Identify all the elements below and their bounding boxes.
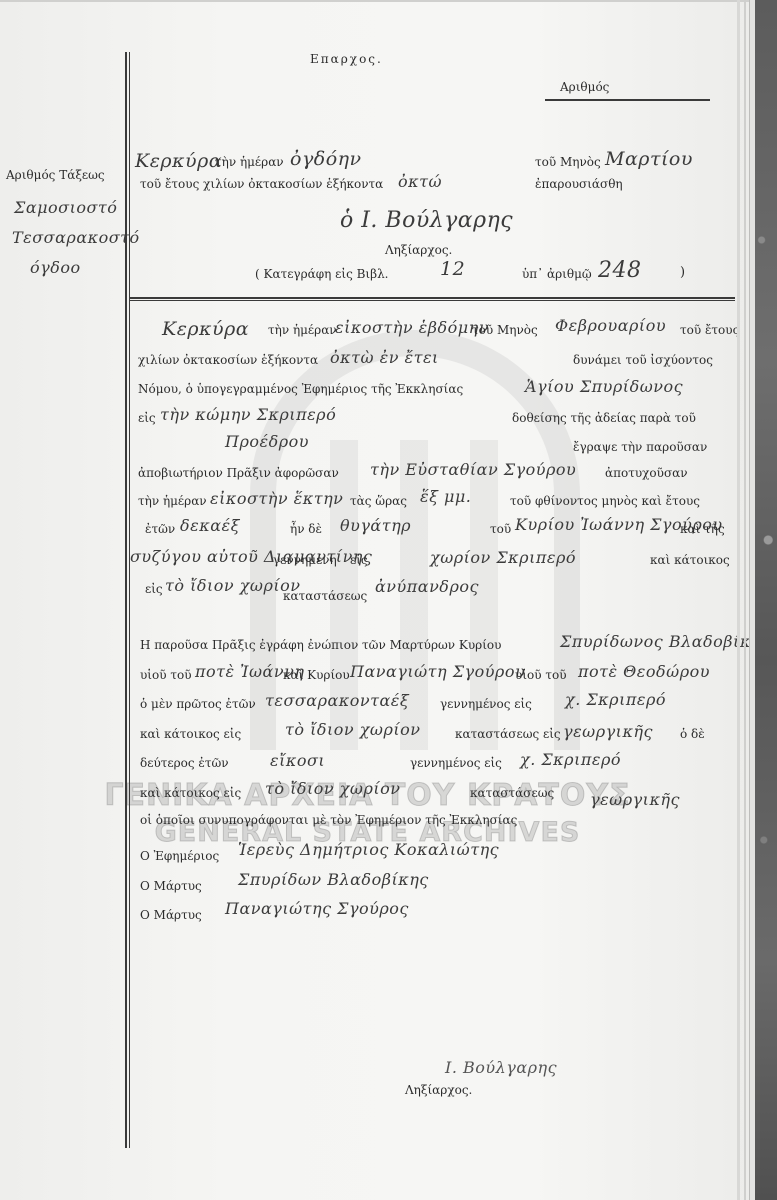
wrote-text: ἔγραψε τὴν παροῦσαν — [573, 440, 707, 454]
was-label: ἦν δὲ — [290, 522, 322, 536]
hour-label: τὰς ὥρας — [350, 494, 407, 508]
margin-note-line: Τεσσαρακοστό — [12, 228, 140, 247]
hw-marital-status: ἀνύπανδρος — [375, 577, 479, 596]
hw-witness2-signature: Παναγιώτης Σγούρος — [225, 899, 409, 918]
page-edge — [737, 0, 740, 1200]
born-label: γεννημένος εἰς — [440, 697, 532, 711]
age-label: ἐτῶν — [145, 522, 175, 536]
arithmos-label: Αριθμός — [560, 80, 609, 94]
hw-witness1: Σπυρίδωνος Βλαδοβίκη — [560, 632, 761, 651]
hw-death-day: εἰκοστὴν ἕκτην — [210, 489, 343, 508]
hw-deceased: τὴν Εὐσταθίαν Σγούρου — [370, 460, 576, 479]
son-label: υἱοῦ τοῦ — [140, 668, 192, 682]
number-underline — [545, 99, 710, 101]
arithmos-taxeos-label: Αριθμός Τάξεως — [6, 168, 105, 182]
number-label: ὑπ᾽ ἀριθμῷ — [522, 267, 592, 281]
registrar-title: Ληξίαρχος. — [405, 1083, 472, 1097]
presented-label: ἐπαρουσιάσθη — [535, 177, 623, 191]
witness-role: Ο Μάρτυς — [140, 879, 202, 893]
hw-residence1: τὸ ἴδιον χωρίον — [285, 720, 420, 739]
status-label: καταστάσεως — [283, 589, 367, 603]
hw-father2: ποτὲ Θεοδώρου — [578, 662, 710, 681]
born-label: γεννημένος εἰς — [410, 756, 502, 770]
month-label: τοῦ Μηνὸς — [472, 323, 538, 337]
hw-registrar-signature: ὁ Ι. Βούλγαρης — [340, 208, 513, 233]
status-label: καταστάσεως εἰς — [455, 727, 561, 741]
second-age-label: δεύτερος ἐτῶν — [140, 756, 229, 770]
hw-day: ὀγδόην — [290, 148, 362, 170]
resident-label: καὶ κάτοικος εἰς — [140, 727, 241, 741]
hw-age1: τεσσαρακονταέξ — [265, 691, 409, 710]
in-label: εἰς — [350, 553, 368, 567]
close-paren: ) — [680, 265, 685, 280]
section-divider — [130, 297, 735, 301]
hw-birthplace: χωρίον Σκριπερό — [430, 548, 576, 567]
hw-book-number: 12 — [440, 258, 465, 280]
hw-relation: θυγάτηρ — [340, 516, 411, 535]
born-label: γεννημένη — [273, 553, 337, 567]
book-binding — [755, 0, 777, 1200]
hw-month: Φεβρουαρίου — [555, 316, 666, 335]
hw-witness1-signature: Σπυρίδων Βλαδοβίκης — [238, 870, 429, 889]
in-label: εἰς — [145, 582, 163, 596]
status-label: καταστάσεως — [470, 786, 554, 800]
year-text: χιλίων ὀκτακοσίων ἑξήκοντα — [138, 353, 318, 367]
day-label: τὴν ἡμέραν — [138, 494, 207, 508]
eparchos-heading: Επαρχος. — [310, 52, 383, 66]
hw-hour: ἕξ μμ. — [420, 487, 471, 506]
priest-text: Νόμου, ὁ ὑπογεγραμμένος Ἐφημέριος τῆς Ἐκ… — [138, 382, 463, 396]
first-age-label: ὁ μὲν πρῶτος ἐτῶν — [140, 697, 256, 711]
margin-note-line: Σαμοσιοστό — [14, 198, 117, 217]
register-page: ΓΕΝΙΚΑ ΑΡΧΕΙΑ ΤΟΥ ΚΡΑΤΟΥΣ GENERAL STATE … — [0, 0, 755, 1200]
permission-text: δοθείσης τῆς ἀδείας παρὰ τοῦ — [512, 411, 696, 425]
hw-age2: εἴκοσι — [270, 751, 325, 770]
and-mr-label: καὶ Κυρίου — [283, 668, 350, 682]
hw-status1: γεωργικῆς — [563, 722, 653, 741]
hw-day: εἰκοστὴν ἑβδόμην — [335, 318, 489, 337]
hw-priest-signature: Ἱερεὺς Δημήτριος Κοκαλιώτης — [238, 840, 499, 859]
day-label: τὴν ἡμέραν — [215, 155, 284, 169]
hw-witness2: Παναγιώτη Σγούρου — [350, 662, 525, 681]
cosign-text: οἱ ὁποῖοι συνυπογράφονται μὲ τὸν Ἐφημέρι… — [140, 813, 517, 827]
hw-place: Κερκύρα — [162, 318, 249, 340]
resident-label: καὶ κάτοικος εἰς — [140, 786, 241, 800]
margin-divider — [125, 52, 130, 1148]
hw-church: Ἁγίου Σπυρίδωνος — [525, 377, 683, 396]
hw-record-number: 248 — [598, 258, 642, 283]
and-label: καὶ τῆς — [680, 522, 725, 536]
hw-residence2: τὸ ἴδιον χωρίον — [265, 779, 400, 798]
margin-note-line: όγδοο — [30, 258, 81, 277]
month-label: τοῦ Μηνὸς — [535, 155, 601, 169]
hw-village: τὴν κώμην Σκριπερό — [160, 405, 336, 424]
day-label: τὴν ἡμέραν — [268, 323, 337, 337]
in-label: εἰς — [138, 411, 156, 425]
son-label: υἱοῦ τοῦ — [515, 668, 567, 682]
witness-role: Ο Μάρτυς — [140, 908, 202, 922]
hw-place: Κερκύρα — [135, 150, 222, 172]
year-label: τοῦ ἔτους χιλίων ὀκτακοσίων ἑξήκοντα — [140, 177, 383, 191]
resident-label: καὶ κάτοικος — [650, 553, 730, 567]
hw-year: ὀκτὼ ἐν ἔτει — [330, 348, 439, 367]
month-year-text: τοῦ φθίνοντος μηνὸς καὶ ἔτους — [510, 494, 700, 508]
year-label: τοῦ ἔτους — [680, 323, 739, 337]
page-edge — [744, 0, 746, 1200]
hw-age: δεκαέξ — [180, 516, 240, 535]
hw-place1: χ. Σκριπερό — [565, 690, 666, 709]
hw-registrar-signature: Ι. Βούλγαρης — [445, 1058, 557, 1077]
second-label: ὁ δὲ — [680, 727, 705, 741]
top-edge — [0, 0, 755, 2]
hw-status2: γεωργικῆς — [590, 790, 680, 809]
hw-place2: χ. Σκριπερό — [520, 750, 621, 769]
deceased-label: ἀποτυχοῦσαν — [605, 466, 688, 480]
of-label: τοῦ — [490, 522, 511, 536]
hw-year: ὀκτώ — [398, 172, 442, 191]
priest-role: Ο Ἐφημέριος — [140, 849, 219, 863]
hw-month: Μαρτίου — [605, 148, 693, 170]
witness-intro: Η παροῦσα Πρᾶξις ἐγράφη ἐνώπιον τῶν Μαρτ… — [140, 638, 501, 652]
record-label: ( Κατεγράφη εἰς Βιβλ. — [255, 267, 389, 281]
hw-residence: τὸ ἴδιον χωρίον — [165, 576, 300, 595]
registrar-title: Ληξίαρχος. — [385, 243, 452, 257]
hw-authority: Προέδρου — [225, 432, 309, 451]
law-text: δυνάμει τοῦ ἰσχύοντος — [573, 353, 713, 367]
death-act-text: ἀποβιωτήριον Πρᾶξιν ἀφορῶσαν — [138, 466, 339, 480]
